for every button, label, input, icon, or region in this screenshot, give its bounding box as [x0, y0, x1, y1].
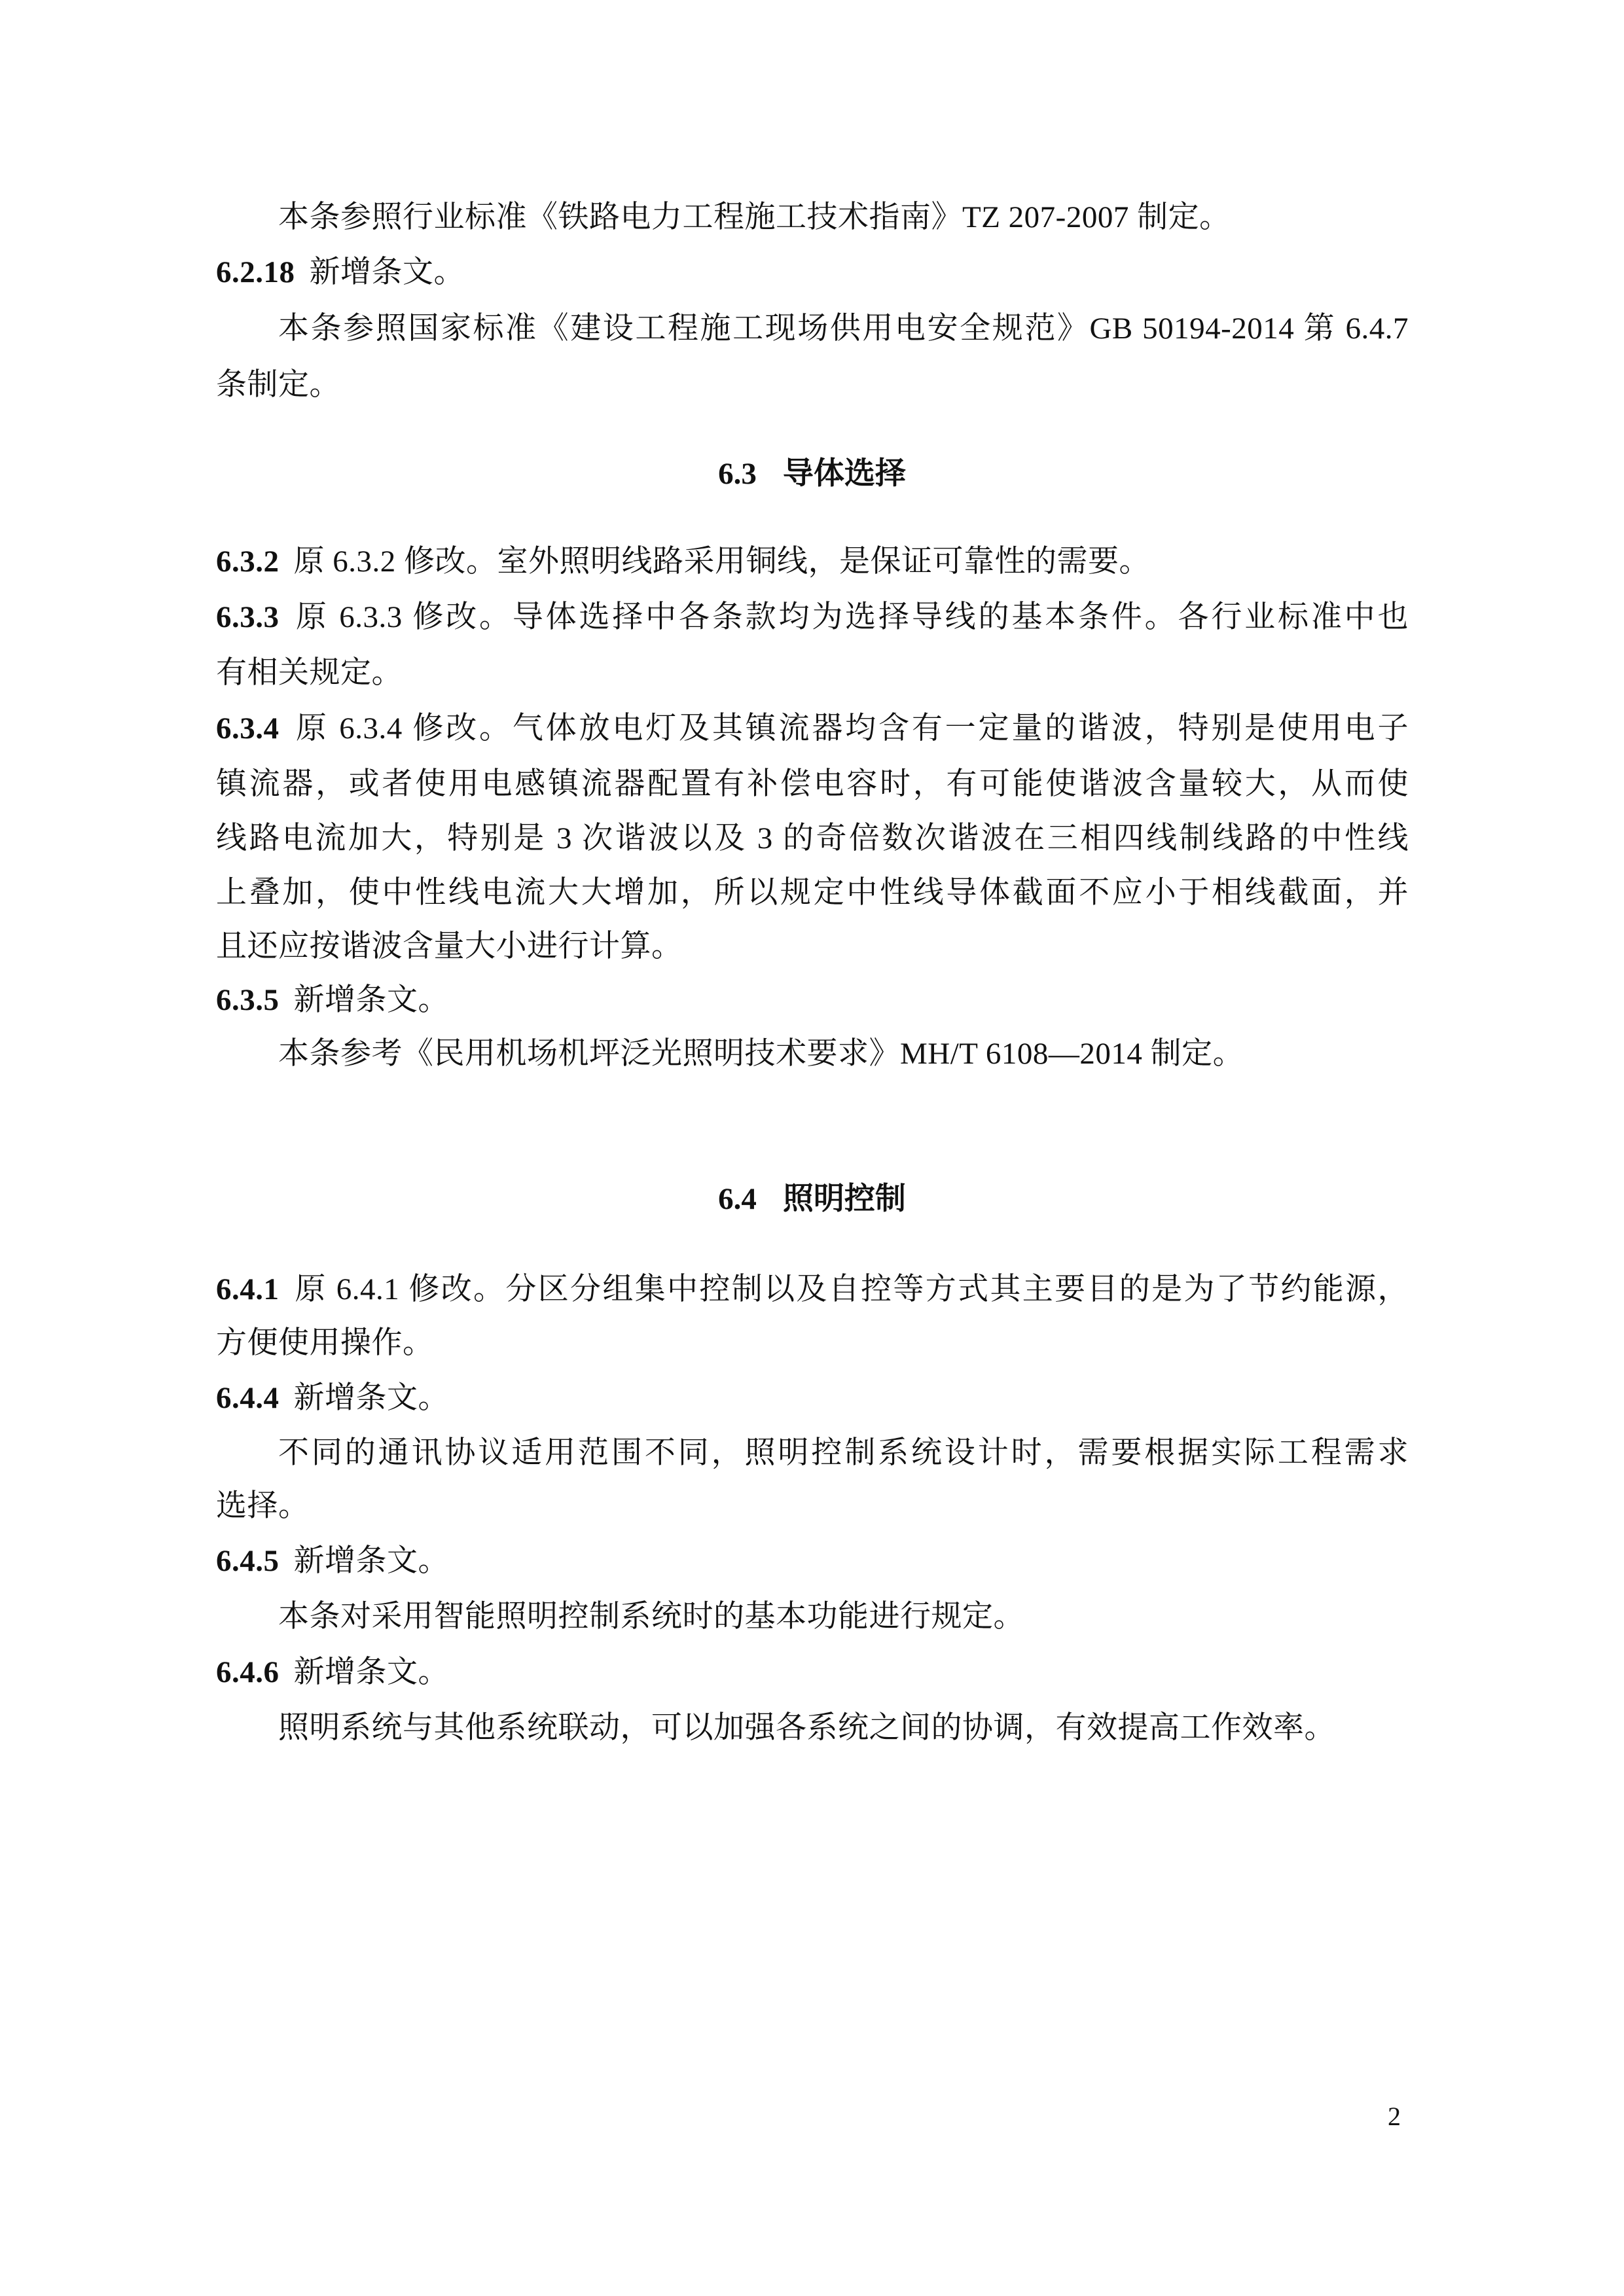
clause-6-3-4-line-2: 镇流器，或者使用电感镇流器配置有补偿电容时，有可能使谐波含量较大，从而使	[216, 766, 1409, 802]
clause-6-3-3-line-1: 6.3.3原 6.3.3 修改。导体选择中各条款均为选择导线的基本条件。各行业标…	[216, 599, 1409, 636]
clause-text: 新增条文。	[294, 1544, 450, 1578]
clause-text: 新增条文。	[310, 255, 465, 289]
clause-number: 6.3.4	[216, 711, 280, 745]
clause-6-3-4-line-1: 6.3.4原 6.3.4 修改。气体放电灯及其镇流器均含有一定量的谐波，特别是使…	[216, 710, 1409, 747]
body-paragraph-6-2-18-line-2: 条制定。	[216, 367, 1409, 403]
body-paragraph-6-4-4-line-2: 选择。	[216, 1488, 1409, 1524]
clause-number: 6.3.2	[216, 545, 280, 579]
paragraph-text: 选择。	[216, 1489, 310, 1523]
clause-6-3-3-line-2: 有相关规定。	[216, 655, 1409, 691]
clause-number: 6.4.5	[216, 1544, 280, 1578]
clause-number: 6.4.6	[216, 1655, 280, 1689]
clause-text: 原 6.3.2 修改。室外照明线路采用铜线，是保证可靠性的需要。	[294, 545, 1151, 579]
section-title: 照明控制	[783, 1182, 906, 1216]
clause-text: 上叠加，使中性线电流大大增加，所以规定中性线导体截面不应小于相线截面，并	[216, 876, 1409, 910]
paragraph-text: 本条参照国家标准《建设工程施工现场供用电安全规范》GB 50194-2014 第…	[278, 312, 1409, 346]
paragraph-text: 本条参考《民用机场机坪泛光照明技术要求》MH/T 6108—2014 制定。	[278, 1037, 1244, 1071]
section-number: 6.3	[718, 457, 757, 491]
clause-6-3-4-line-4: 上叠加，使中性线电流大大增加，所以规定中性线导体截面不应小于相线截面，并	[216, 874, 1409, 911]
clause-number: 6.2.18	[216, 255, 295, 289]
document-page: 本条参照行业标准《铁路电力工程施工技术指南》TZ 207-2007 制定。 6.…	[0, 0, 1624, 2296]
section-number: 6.4	[718, 1182, 757, 1216]
body-paragraph-6-4-5: 本条对采用智能照明控制系统时的基本功能进行规定。	[278, 1598, 1409, 1635]
clause-6-4-4: 6.4.4新增条文。	[216, 1380, 1409, 1416]
clause-6-2-18: 6.2.18新增条文。	[216, 254, 1409, 291]
clause-text: 原 6.4.1 修改。分区分组集中控制以及自控等方式其主要目的是为了节约能源，	[294, 1272, 1409, 1306]
clause-text: 新增条文。	[294, 1655, 450, 1689]
clause-text: 线路电流加大，特别是 3 次谐波以及 3 的奇倍数次谐波在三相四线制线路的中性线	[216, 821, 1409, 855]
clause-number: 6.4.4	[216, 1381, 280, 1415]
clause-6-3-5: 6.3.5新增条文。	[216, 982, 1409, 1018]
clause-number: 6.4.1	[216, 1272, 280, 1306]
paragraph-text: 照明系统与其他系统联动，可以加强各系统之间的协调，有效提高工作效率。	[278, 1711, 1335, 1745]
paragraph-text: 条制定。	[216, 368, 340, 402]
clause-number: 6.3.3	[216, 600, 280, 634]
body-paragraph-6-3-5-reference: 本条参考《民用机场机坪泛光照明技术要求》MH/T 6108—2014 制定。	[278, 1035, 1409, 1072]
clause-6-4-1-line-2: 方便使用操作。	[216, 1325, 1409, 1361]
clause-text: 有相关规定。	[216, 656, 403, 690]
clause-text: 新增条文。	[294, 1381, 450, 1415]
clause-text: 新增条文。	[294, 983, 450, 1017]
paragraph-text: 本条参照行业标准《铁路电力工程施工技术指南》TZ 207-2007 制定。	[278, 200, 1231, 234]
section-heading-6-3: 6.3导体选择	[0, 456, 1624, 492]
clause-text: 原 6.3.3 修改。导体选择中各条款均为选择导线的基本条件。各行业标准中也	[294, 600, 1409, 634]
paragraph-text: 不同的通讯协议适用范围不同，照明控制系统设计时，需要根据实际工程需求	[278, 1436, 1409, 1470]
clause-6-4-6: 6.4.6新增条文。	[216, 1654, 1409, 1691]
clause-6-4-5: 6.4.5新增条文。	[216, 1543, 1409, 1579]
clause-number: 6.3.5	[216, 983, 280, 1017]
body-paragraph-6-4-4-line-1: 不同的通讯协议适用范围不同，照明控制系统设计时，需要根据实际工程需求	[278, 1435, 1409, 1471]
clause-6-3-4-line-3: 线路电流加大，特别是 3 次谐波以及 3 的奇倍数次谐波在三相四线制线路的中性线	[216, 820, 1409, 857]
clause-text: 方便使用操作。	[216, 1326, 434, 1360]
body-paragraph-6-2-18-line-1: 本条参照国家标准《建设工程施工现场供用电安全规范》GB 50194-2014 第…	[278, 310, 1409, 347]
clause-text: 原 6.3.4 修改。气体放电灯及其镇流器均含有一定量的谐波，特别是使用电子	[294, 711, 1409, 745]
paragraph-text: 本条对采用智能照明控制系统时的基本功能进行规定。	[278, 1600, 1024, 1634]
body-paragraph-6-4-6: 照明系统与其他系统联动，可以加强各系统之间的协调，有效提高工作效率。	[278, 1710, 1409, 1746]
clause-6-3-4-line-5: 且还应按谐波含量大小进行计算。	[216, 928, 1409, 965]
page-number: 2	[1388, 2101, 1401, 2132]
section-heading-6-4: 6.4照明控制	[0, 1181, 1624, 1217]
clause-6-3-2: 6.3.2原 6.3.2 修改。室外照明线路采用铜线，是保证可靠性的需要。	[216, 543, 1409, 580]
clause-text: 镇流器，或者使用电感镇流器配置有补偿电容时，有可能使谐波含量较大，从而使	[216, 767, 1409, 801]
clause-6-4-1-line-1: 6.4.1原 6.4.1 修改。分区分组集中控制以及自控等方式其主要目的是为了节…	[216, 1271, 1409, 1308]
body-paragraph-6-2-17-reference: 本条参照行业标准《铁路电力工程施工技术指南》TZ 207-2007 制定。	[278, 199, 1409, 236]
clause-text: 且还应按谐波含量大小进行计算。	[216, 929, 683, 963]
section-title: 导体选择	[783, 457, 906, 491]
